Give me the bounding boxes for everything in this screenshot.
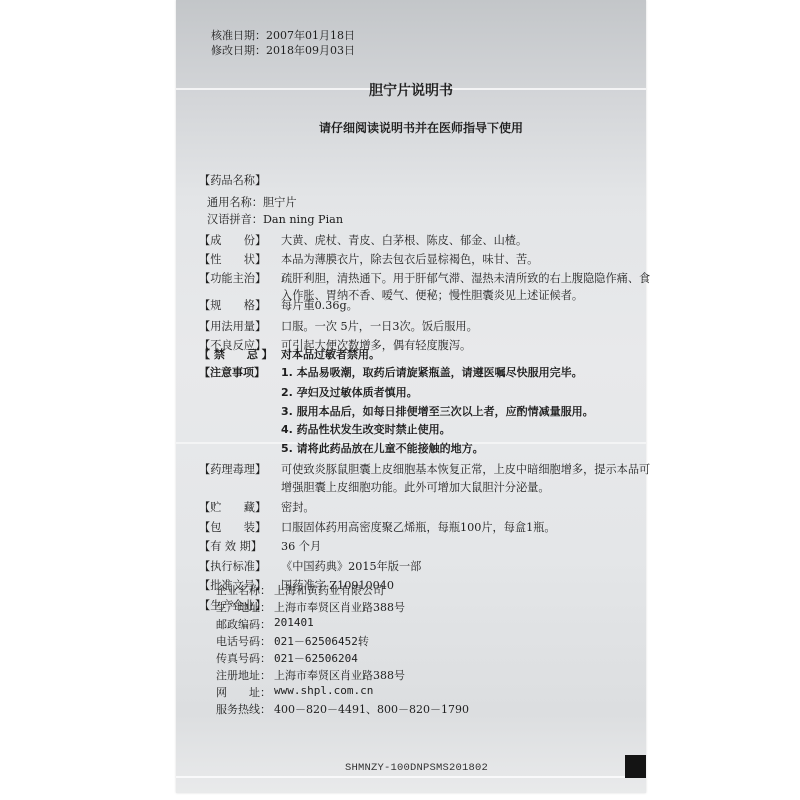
postal-code: 邮政编码：201401 <box>216 616 314 632</box>
document-subtitle: 请仔细阅读说明书并在医师指导下使用 <box>176 119 646 136</box>
precaution-item: 2. 孕妇及过敏体质者慎用。 <box>281 384 418 400</box>
section-description: 【性 状】本品为薄膜衣片，除去包衣后显棕褐色，味甘、苦。 <box>199 251 538 267</box>
section-precautions: 【注意事项】1. 本品易吸潮，取药后请旋紧瓶盖，请遵医嘱尽快服用完毕。 <box>199 364 583 380</box>
precaution-item: 5. 请将此药品放在儿童不能接触的地方。 <box>281 440 484 456</box>
print-code: SHMNZY-100DNPSMS201802 <box>345 762 488 774</box>
section-pharmacology: 【药理毒理】可使致炎豚鼠胆囊上皮细胞基本恢复正常，上皮中暗细胞增多，提示本品可 <box>199 461 650 477</box>
revision-date: 修改日期：2018年09月03日 <box>211 42 355 59</box>
company-name: 企业名称：上海和黄药业有限公司 <box>216 582 384 598</box>
generic-name: 通用名称：胆宁片 <box>207 194 297 210</box>
production-address: 生产地址：上海市奉贤区肖业路388号 <box>216 599 405 615</box>
section-specification: 【规 格】每片重0.36g。 <box>199 297 358 313</box>
registration-mark <box>625 755 646 778</box>
section-contraindications: 【 禁 忌 】对本品过敏者禁用。 <box>199 346 380 362</box>
section-dosage: 【用法用量】口服。一次 5片，一日3次。饭后服用。 <box>199 318 478 334</box>
registered-address: 注册地址：上海市奉贤区肖业路388号 <box>216 667 405 683</box>
service-hotline: 服务热线：400－820－4491、800－820－1790 <box>216 701 469 717</box>
section-ingredients: 【成 份】大黄、虎杖、青皮、白茅根、陈皮、郁金、山楂。 <box>199 232 527 248</box>
precaution-item: 3. 服用本品后，如每日排便增至三次以上者，应酌情减量服用。 <box>281 403 594 419</box>
document-title: 胆宁片说明书 <box>176 80 646 100</box>
website: 网 址：www.shpl.com.cn <box>216 684 373 700</box>
pinyin-name: 汉语拼音：Dan ning Pian <box>207 211 343 227</box>
phone-number: 电话号码：021－62506452转 <box>216 633 369 649</box>
drug-name-section: 【药品名称】 <box>199 172 266 188</box>
section-indications: 【功能主治】疏肝利胆，清热通下。用于肝郁气滞、湿热未清所致的右上腹隐隐作痛、食 <box>199 270 650 286</box>
section-expiry: 【有 效 期】36 个月 <box>199 538 321 554</box>
section-pharmacology-cont: 增强胆囊上皮细胞功能。此外可增加大鼠胆汁分泌量。 <box>281 479 550 495</box>
medicine-leaflet: 核准日期：2007年01月18日 修改日期：2018年09月03日 胆宁片说明书… <box>176 0 646 793</box>
section-package: 【包 装】口服固体药用高密度聚乙烯瓶，每瓶100片，每盒1瓶。 <box>199 519 556 535</box>
section-standard: 【执行标准】《中国药典》2015年版一部 <box>199 558 421 574</box>
section-storage: 【贮 藏】密封。 <box>199 499 315 515</box>
paper-fold <box>176 776 646 778</box>
precaution-item: 4. 药品性状发生改变时禁止使用。 <box>281 421 451 437</box>
fax-number: 传真号码：021－62506204 <box>216 650 358 666</box>
